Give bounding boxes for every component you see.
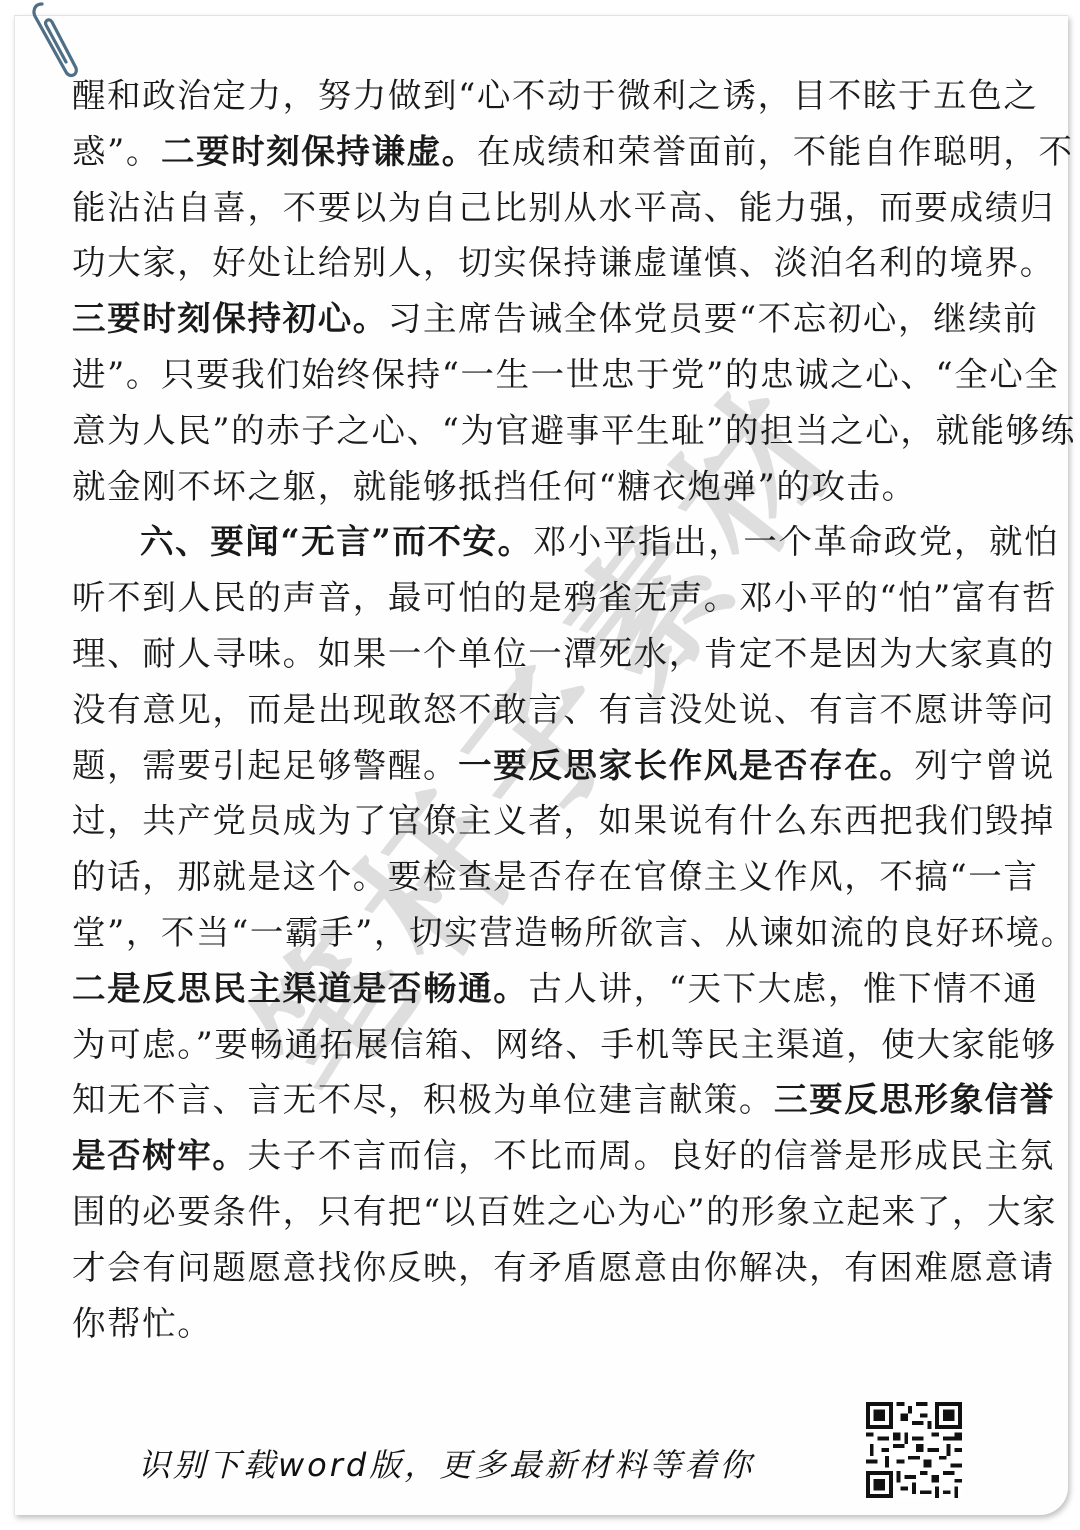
- bold-heading-text: 是否树牢。: [72, 1136, 248, 1175]
- text-line: 六、要闻“无言”而不安。邓小平指出，一个革命政党，就怕: [72, 514, 1036, 570]
- text-line: 意为人民”的赤子之心、“为官避事平生耻”的担当之心，就能够练: [72, 403, 1036, 459]
- document-body: 醒和政治定力，努力做到“心不动于微利之诱，目不眩于五色之惑”。二要时刻保持谦虚。…: [72, 68, 1036, 1351]
- text-line: 过，共产党员成为了官僚主义者，如果说有什么东西把我们毁掉: [72, 793, 1036, 849]
- text-line: 题，需要引起足够警醒。一要反思家长作风是否存在。列宁曾说: [72, 738, 1036, 794]
- bold-heading-text: 三要反思形象信誉: [774, 1080, 1055, 1119]
- body-text: 堂”，不当“一霸手”，切实营造畅所欲言、从谏如流的良好环境。: [72, 913, 1076, 952]
- body-text: 习主席告诫全体党员要“不忘初心，继续前: [388, 299, 1039, 338]
- body-text: 进”。只要我们始终保持“一生一世忠于党”的忠诚之心、“全心全: [72, 355, 1060, 394]
- bold-heading-text: 一要反思家长作风是否存在。: [458, 746, 914, 785]
- body-text: 的话，那就是这个。要检查是否存在官僚主义作风，不搞“一言: [72, 857, 1038, 896]
- body-text: 为可虑。”要畅通拓展信箱、网络、手机等民主渠道，使大家能够: [72, 1025, 1057, 1064]
- body-text: 在成绩和荣誉面前，不能自作聪明，不: [477, 132, 1074, 171]
- body-text: 惑”。: [72, 132, 161, 171]
- text-line: 惑”。二要时刻保持谦虚。在成绩和荣誉面前，不能自作聪明，不: [72, 124, 1036, 180]
- text-line: 的话，那就是这个。要检查是否存在官僚主义作风，不搞“一言: [72, 849, 1036, 905]
- text-line: 为可虑。”要畅通拓展信箱、网络、手机等民主渠道，使大家能够: [72, 1017, 1036, 1073]
- text-line: 醒和政治定力，努力做到“心不动于微利之诱，目不眩于五色之: [72, 68, 1036, 124]
- body-text: 你帮忙。: [72, 1304, 212, 1343]
- body-text: 知无不言、言无不尽，积极为单位建言献策。: [72, 1080, 774, 1119]
- text-line: 堂”，不当“一霸手”，切实营造畅所欲言、从谏如流的良好环境。: [72, 905, 1036, 961]
- text-line: 进”。只要我们始终保持“一生一世忠于党”的忠诚之心、“全心全: [72, 347, 1036, 403]
- bold-heading-text: 六、要闻“无言”而不安。: [140, 522, 533, 561]
- body-text: 过，共产党员成为了官僚主义者，如果说有什么东西把我们毁掉: [72, 801, 1055, 840]
- text-line: 听不到人民的声音，最可怕的是鸦雀无声。邓小平的“怕”富有哲: [72, 570, 1036, 626]
- bold-heading-text: 三要时刻保持初心。: [72, 299, 388, 338]
- body-text: 就金刚不坏之躯，就能够抵挡任何“糖衣炮弹”的攻击。: [72, 467, 917, 506]
- text-line: 二是反思民主渠道是否畅通。古人讲，“天下大虑，惟下情不通: [72, 961, 1036, 1017]
- body-text: 古人讲，“天下大虑，惟下情不通: [528, 969, 1038, 1008]
- body-text: 理、耐人寻味。如果一个单位一潭死水，肯定不是因为大家真的: [72, 634, 1055, 673]
- text-line: 三要时刻保持初心。习主席告诫全体党员要“不忘初心，继续前: [72, 291, 1036, 347]
- text-line: 就金刚不坏之躯，就能够抵挡任何“糖衣炮弹”的攻击。: [72, 459, 1036, 515]
- qr-code[interactable]: [866, 1402, 962, 1498]
- text-line: 是否树牢。夫子不言而信，不比而周。良好的信誉是形成民主氛: [72, 1128, 1036, 1184]
- body-text: 题，需要引起足够警醒。: [72, 746, 458, 785]
- body-text: 列宁曾说: [914, 746, 1054, 785]
- body-text: 意为人民”的赤子之心、“为官避事平生耻”的担当之心，就能够练: [72, 411, 1076, 450]
- text-line: 理、耐人寻味。如果一个单位一潭死水，肯定不是因为大家真的: [72, 626, 1036, 682]
- text-line: 能沾沾自喜，不要以为自己比别从水平高、能力强，而要成绩归: [72, 180, 1036, 236]
- body-text: 能沾沾自喜，不要以为自己比别从水平高、能力强，而要成绩归: [72, 188, 1055, 227]
- body-text: 夫子不言而信，不比而周。良好的信誉是形成民主氛: [248, 1136, 1055, 1175]
- text-line: 围的必要条件，只有把“以百姓之心为心”的形象立起来了，大家: [72, 1184, 1036, 1240]
- bold-heading-text: 二是反思民主渠道是否畅通。: [72, 969, 528, 1008]
- body-text: 功大家，好处让给别人，切实保持谦虚谨慎、淡泊名利的境界。: [72, 243, 1055, 282]
- text-line: 知无不言、言无不尽，积极为单位建言献策。三要反思形象信誉: [72, 1072, 1036, 1128]
- text-line: 你帮忙。: [72, 1296, 1036, 1352]
- text-line: 没有意见，而是出现敢怒不敢言、有言没处说、有言不愿讲等问: [72, 682, 1036, 738]
- body-text: 醒和政治定力，努力做到“心不动于微利之诱，目不眩于五色之: [72, 76, 1038, 115]
- text-line: 功大家，好处让给别人，切实保持谦虚谨慎、淡泊名利的境界。: [72, 235, 1036, 291]
- body-text: 听不到人民的声音，最可怕的是鸦雀无声。邓小平的“怕”富有哲: [72, 578, 1057, 617]
- body-text: 邓小平指出，一个革命政党，就怕: [533, 522, 1060, 561]
- body-text: 围的必要条件，只有把“以百姓之心为心”的形象立起来了，大家: [72, 1192, 1057, 1231]
- bold-heading-text: 二要时刻保持谦虚。: [161, 132, 477, 171]
- body-text: 没有意见，而是出现敢怒不敢言、有言没处说、有言不愿讲等问: [72, 690, 1055, 729]
- body-text: 才会有问题愿意找你反映，有矛盾愿意由你解决，有困难愿意请: [72, 1248, 1055, 1287]
- footer-caption: 识别下载word版，更多最新材料等着你: [138, 1440, 754, 1486]
- text-line: 才会有问题愿意找你反映，有矛盾愿意由你解决，有困难愿意请: [72, 1240, 1036, 1296]
